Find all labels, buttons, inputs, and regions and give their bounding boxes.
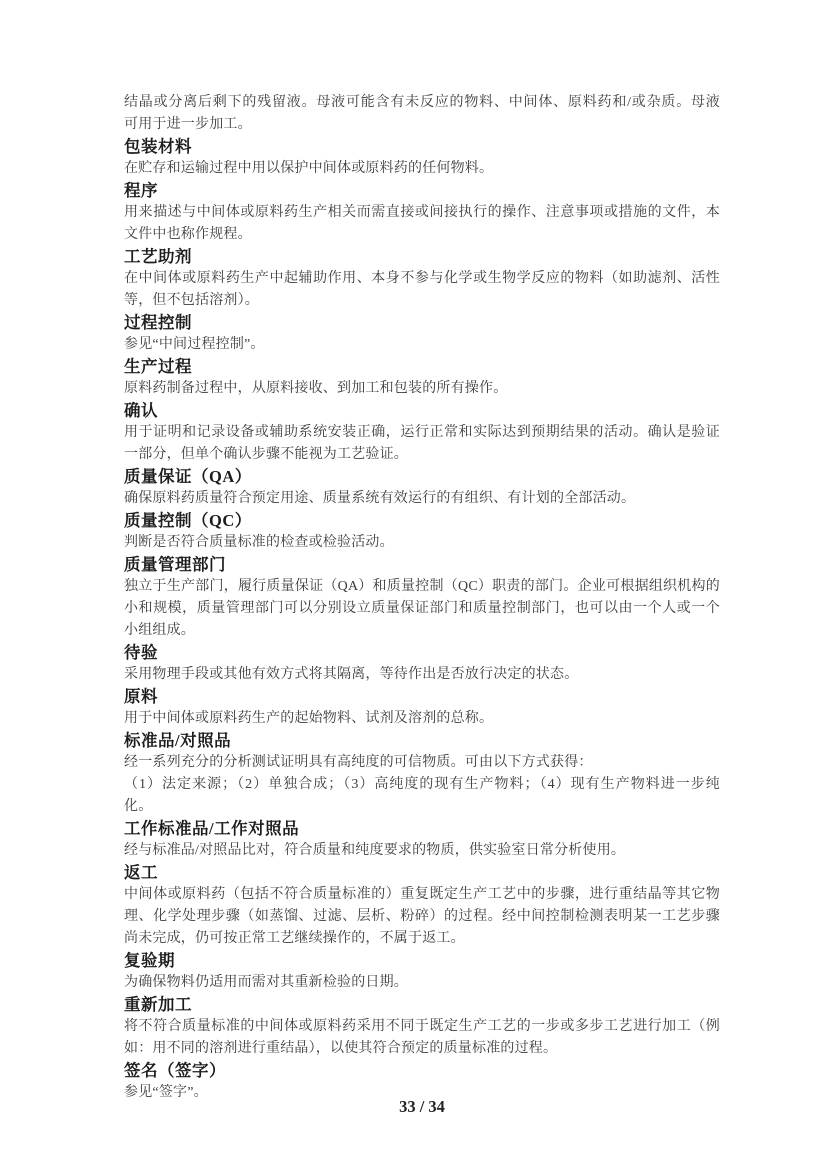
- definition-line: 尚未完成，仍可按正常工艺继续操作的，不属于返工。: [124, 928, 720, 950]
- definition-line: 小和规模，质量管理部门可以分别设立质量保证部门和质量控制部门，也可以由一个人或一…: [124, 598, 720, 620]
- term-heading: 待验: [124, 642, 720, 664]
- definition-line: 化。: [124, 796, 720, 818]
- term-heading: 重新加工: [124, 994, 720, 1016]
- definition-line: 经与标准品/对照品比对，符合质量和纯度要求的物质，供实验室日常分析使用。: [124, 840, 720, 862]
- definition-line: 中间体或原料药（包括不符合质量标准的）重复既定生产工艺中的步骤，进行重结晶等其它…: [124, 884, 720, 906]
- term-heading: 确认: [124, 400, 720, 422]
- definition-line: 等，但不包括溶剂）。: [124, 290, 720, 312]
- definition-line: 文件中也称作规程。: [124, 224, 720, 246]
- term-heading: 生产过程: [124, 356, 720, 378]
- definition-line: 采用物理手段或其他有效方式将其隔离，等待作出是否放行决定的状态。: [124, 664, 720, 686]
- term-heading: 原料: [124, 686, 720, 708]
- term-heading: 工作标准品/工作对照品: [124, 818, 720, 840]
- term-heading: 工艺助剂: [124, 246, 720, 268]
- definition-line: 在中间体或原料药生产中起辅助作用、本身不参与化学或生物学反应的物料（如助滤剂、活…: [124, 268, 720, 290]
- definition-line: 经一系列充分的分析测试证明具有高纯度的可信物质。可由以下方式获得：: [124, 752, 720, 774]
- glossary-content: 结晶或分离后剩下的残留液。母液可能含有未反应的物料、中间体、原料药和/或杂质。母…: [124, 92, 720, 1104]
- document-page: 结晶或分离后剩下的残留液。母液可能含有未反应的物料、中间体、原料药和/或杂质。母…: [0, 0, 828, 1170]
- definition-line: 独立于生产部门，履行质量保证（QA）和质量控制（QC）职责的部门。企业可根据组织…: [124, 576, 720, 598]
- definition-line: （1）法定来源；（2）单独合成；（3）高纯度的现有生产物料；（4）现有生产物料进…: [124, 774, 720, 796]
- definition-line: 用于证明和记录设备或辅助系统安装正确，运行正常和实际达到预期结果的活动。确认是验…: [124, 422, 720, 444]
- term-heading: 质量保证（QA）: [124, 466, 720, 488]
- definition-line: 一部分，但单个确认步骤不能视为工艺验证。: [124, 444, 720, 466]
- definition-line: 结晶或分离后剩下的残留液。母液可能含有未反应的物料、中间体、原料药和/或杂质。母…: [124, 92, 720, 114]
- page-number: 33 / 34: [124, 1096, 720, 1118]
- definition-line: 用于中间体或原料药生产的起始物料、试剂及溶剂的总称。: [124, 708, 720, 730]
- definition-line: 用来描述与中间体或原料药生产相关而需直接或间接执行的操作、注意事项或措施的文件，…: [124, 202, 720, 224]
- definition-line: 如：用不同的溶剂进行重结晶），以使其符合预定的质量标准的过程。: [124, 1038, 720, 1060]
- definition-line: 参见“中间过程控制”。: [124, 334, 720, 356]
- definition-line: 小组组成。: [124, 620, 720, 642]
- term-heading: 过程控制: [124, 312, 720, 334]
- term-heading: 质量管理部门: [124, 554, 720, 576]
- term-heading: 标准品/对照品: [124, 730, 720, 752]
- term-heading: 质量控制（QC）: [124, 510, 720, 532]
- definition-line: 确保原料药质量符合预定用途、质量系统有效运行的有组织、有计划的全部活动。: [124, 488, 720, 510]
- term-heading: 返工: [124, 862, 720, 884]
- definition-line: 原料药制备过程中，从原料接收、到加工和包装的所有操作。: [124, 378, 720, 400]
- term-heading: 程序: [124, 180, 720, 202]
- definition-line: 将不符合质量标准的中间体或原料药采用不同于既定生产工艺的一步或多步工艺进行加工（…: [124, 1016, 720, 1038]
- definition-line: 判断是否符合质量标准的检查或检验活动。: [124, 532, 720, 554]
- definition-line: 为确保物料仍适用而需对其重新检验的日期。: [124, 972, 720, 994]
- definition-line: 在贮存和运输过程中用以保护中间体或原料药的任何物料。: [124, 158, 720, 180]
- term-heading: 包装材料: [124, 136, 720, 158]
- definition-line: 可用于进一步加工。: [124, 114, 720, 136]
- definition-line: 理、化学处理步骤（如蒸馏、过滤、层析、粉碎）的过程。经中间控制检测表明某一工艺步…: [124, 906, 720, 928]
- term-heading: 复验期: [124, 950, 720, 972]
- term-heading: 签名（签字）: [124, 1060, 720, 1082]
